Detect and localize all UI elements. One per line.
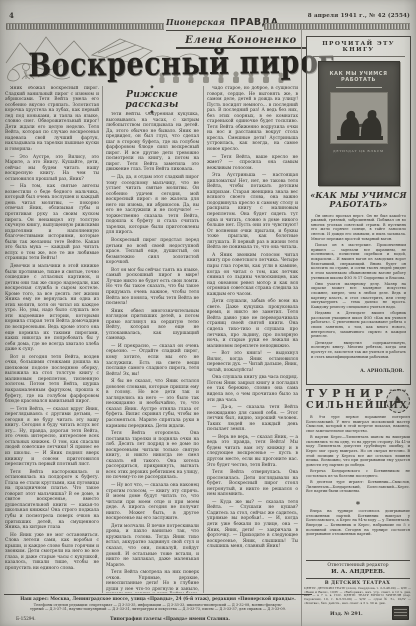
issue-number: Изд. № 291. bbox=[330, 611, 363, 617]
paragraph: Она слушала книгу два часа подряд. Потом… bbox=[207, 375, 298, 403]
masthead: Пионерская ПРАВДА bbox=[166, 10, 262, 31]
workers-silhouette-icon bbox=[331, 93, 387, 143]
column-rule bbox=[102, 86, 103, 593]
paragraph: В 9-м туре первое поражение потерпел Бол… bbox=[306, 415, 410, 434]
paragraph: — Это Аустре, это Вилису, это Марите, а … bbox=[5, 155, 99, 183]
paragraph: А Яник звонким голосом читал книгу про с… bbox=[207, 253, 298, 297]
cover-publisher: ДЕТИЗДАТ ЦК ВЛКСМ bbox=[319, 149, 399, 153]
footer-address: Наш адрес: Москва, Ленинградское шоссе, … bbox=[5, 597, 311, 602]
date-line: 8 апреля 1941 г., № 42 (2554) bbox=[308, 13, 410, 19]
chess-report-text: В 9-м туре первое поражение потерпел Бол… bbox=[306, 415, 410, 499]
newspaper-page: 4 Пионерская ПРАВДА 8 апреля 1941 г., № … bbox=[0, 0, 416, 626]
paragraph: Попал он в мастерские. Прокопченным приш… bbox=[311, 243, 406, 280]
paragraph: Он много проехал верст. Он не был какой-… bbox=[311, 214, 406, 242]
book-review-box: ПРОЧИТАЙ ЭТУ КНИГУ КАК МЫ УЧИМСЯ РАБОТАТ… bbox=[306, 36, 411, 385]
paragraph: — На том, как святые ангелы возвестили о… bbox=[5, 184, 99, 262]
paragraph: — Тетя Вейта, ваше кресло не жмет? — спр… bbox=[207, 155, 298, 172]
paragraph: В десятом туре играют: Ботвинник—Смыслов… bbox=[306, 480, 410, 494]
chess-stamp-icon: ШАХМАТЫ ♞ bbox=[386, 389, 410, 413]
paragraph: — Тетя Вейта, — сказал вдруг Яник, перег… bbox=[5, 407, 99, 468]
paragraph: Я бы не сказал, что Яник остался доволен… bbox=[106, 379, 199, 429]
paragraph: Девочки и мальчики в этой книжке были пр… bbox=[5, 264, 99, 353]
paragraph: чадо старое, но доброе, в сущности говор… bbox=[207, 86, 298, 153]
editor-name: И. А. АНДРЕЕВ. bbox=[306, 569, 410, 576]
column-rule bbox=[203, 86, 204, 593]
paragraph: Детиздат выпустил содержательную, полезн… bbox=[311, 341, 406, 360]
book-cover-image: КАК МЫ УЧИМСЯ РАБОТАТЬ ДЕТИЗДАТ ЦК ВЛКСМ bbox=[318, 61, 400, 186]
paragraph: Вот он мог бы сейчас таять на языке, сам… bbox=[106, 268, 199, 307]
paragraph: Вот и сегодня тетя Вейта, воздев очки, б… bbox=[5, 355, 99, 405]
paragraph: — Вот это книга! — выдохнул Вилис, когда… bbox=[207, 351, 298, 373]
theaters-listing: ЦЕНТР. ДЕТСКИЙ ТЕАТР (площ. Свердлова, т… bbox=[304, 587, 411, 606]
theaters-section: В ДЕТСКИХ ТЕАТРАХ ЦЕНТР. ДЕТСКИЙ ТЕАТР (… bbox=[304, 581, 411, 606]
paragraph: Тетя Вейта насторожилась и остановилась … bbox=[5, 470, 99, 531]
paragraph: Воскресный пирог предстал перед детьми в… bbox=[106, 238, 199, 266]
review-heading-line2: РАБОТАТЬ» bbox=[307, 200, 410, 210]
paragraph: Встреча Бондаревского с Ботвинником не с… bbox=[306, 469, 410, 478]
paragraph: Вчера на турнире состоялось доигрывание … bbox=[306, 509, 410, 537]
paragraph: Но Яник уже не мог остановиться. Слова л… bbox=[5, 533, 99, 572]
paragraph: — Да, да, я отдам этот сладкий пирог том… bbox=[106, 175, 199, 236]
masthead-script: Пионерская bbox=[166, 17, 225, 27]
story-title: Воскресный пирог bbox=[28, 43, 312, 84]
paragraph: Тетя Вейта отвернулась. Она прослезилась… bbox=[207, 470, 298, 498]
sidebar-rule bbox=[301, 29, 302, 626]
story-column-1: Яник обожал воскресный пирог. Сладкий ва… bbox=[5, 86, 99, 593]
theaters-title: В ДЕТСКИХ ТЕАТРАХ bbox=[304, 581, 411, 586]
paragraph: Эта Аустриньша — настоящая дипломатка! Н… bbox=[207, 173, 298, 251]
footer-rule bbox=[4, 594, 312, 595]
paragraph: Тетя Вейта оторопела. Она поставила таре… bbox=[106, 431, 199, 481]
paragraph: Дети молчали. В печке потрескивали дрова… bbox=[106, 524, 199, 568]
paragraph: — Ну вот что, — сказала она наконец стро… bbox=[106, 483, 199, 522]
phones-line2: турный — Д 3-37-31, научно-популярный — … bbox=[5, 607, 311, 612]
paragraph: — Верь не верь, — сказал Яник, — а ведь … bbox=[207, 435, 298, 468]
print-code: Б-15294. bbox=[16, 617, 36, 622]
paragraph: — Да-а, — сказала тетя Вейта неожиданно … bbox=[207, 405, 298, 433]
paragraph: Недавно в Детиздате вышел сборник расска… bbox=[311, 311, 406, 339]
paragraph: Яник обвел многозначительным взглядом пр… bbox=[106, 309, 199, 342]
chess-section: ТУРНИР СИЛЬНЕЙШИХ ШАХМАТЫ ♞ В 9-м туре п… bbox=[306, 388, 410, 555]
cover-title-line2: РАБОТАТЬ bbox=[319, 77, 399, 84]
story-column-3: чадо старое, но доброе, в сущности говор… bbox=[207, 86, 298, 593]
chess-report-text-2: Вчера на турнире состоялось доигрывание … bbox=[306, 509, 410, 555]
asterisk-separator: * bbox=[306, 500, 410, 508]
knight-icon: ♞ bbox=[387, 393, 409, 408]
divider bbox=[336, 87, 382, 88]
paragraph: — И прекрасно, — сказал он очень серьезн… bbox=[106, 344, 199, 377]
story-rubric: ◆ Рижские рассказы ◆ bbox=[104, 85, 200, 115]
paragraph: Дети слушали, забыв обо всем на свете. Д… bbox=[207, 299, 298, 349]
story-column-2: тети Вейты. Обкуренная кукушка, высовыва… bbox=[106, 112, 199, 593]
rubric-title: Рижские рассказы bbox=[104, 90, 200, 110]
paragraph: — Куда же вы? — сказала тетя Вейта. — Сл… bbox=[207, 500, 298, 550]
printing-house: Типография газеты «Правда» имени Сталина… bbox=[70, 617, 270, 622]
divider bbox=[313, 56, 405, 57]
book-box-header: ПРОЧИТАЙ ЭТУ КНИГУ bbox=[307, 41, 410, 53]
paragraph: В партии Керес—Лилиенталь шансы на выигр… bbox=[306, 435, 410, 468]
paragraph: Тетя Вейта смотрела на них поверх очков.… bbox=[106, 570, 199, 593]
paragraph: Яник обожал воскресный пирог. Сладкий ва… bbox=[5, 86, 99, 153]
book-review-text: Он много проехал верст. Он не был какой-… bbox=[311, 214, 406, 366]
cover-photo bbox=[330, 92, 388, 144]
editor-box: Ответственный редактор И. А. АНДРЕЕВ. bbox=[306, 560, 410, 579]
paragraph: тети Вейты. Обкуренная кукушка, высовыва… bbox=[106, 112, 199, 173]
review-signature: А. АРНОЛЬДОВ. bbox=[313, 369, 404, 374]
footer-phones: Телефоны отделов редакции: секретариат —… bbox=[5, 603, 311, 612]
page-number: 4 bbox=[9, 11, 14, 20]
print-stamp-icon bbox=[392, 606, 409, 620]
paragraph: Они учатся малярному делу. Маляр на окра… bbox=[311, 282, 406, 310]
